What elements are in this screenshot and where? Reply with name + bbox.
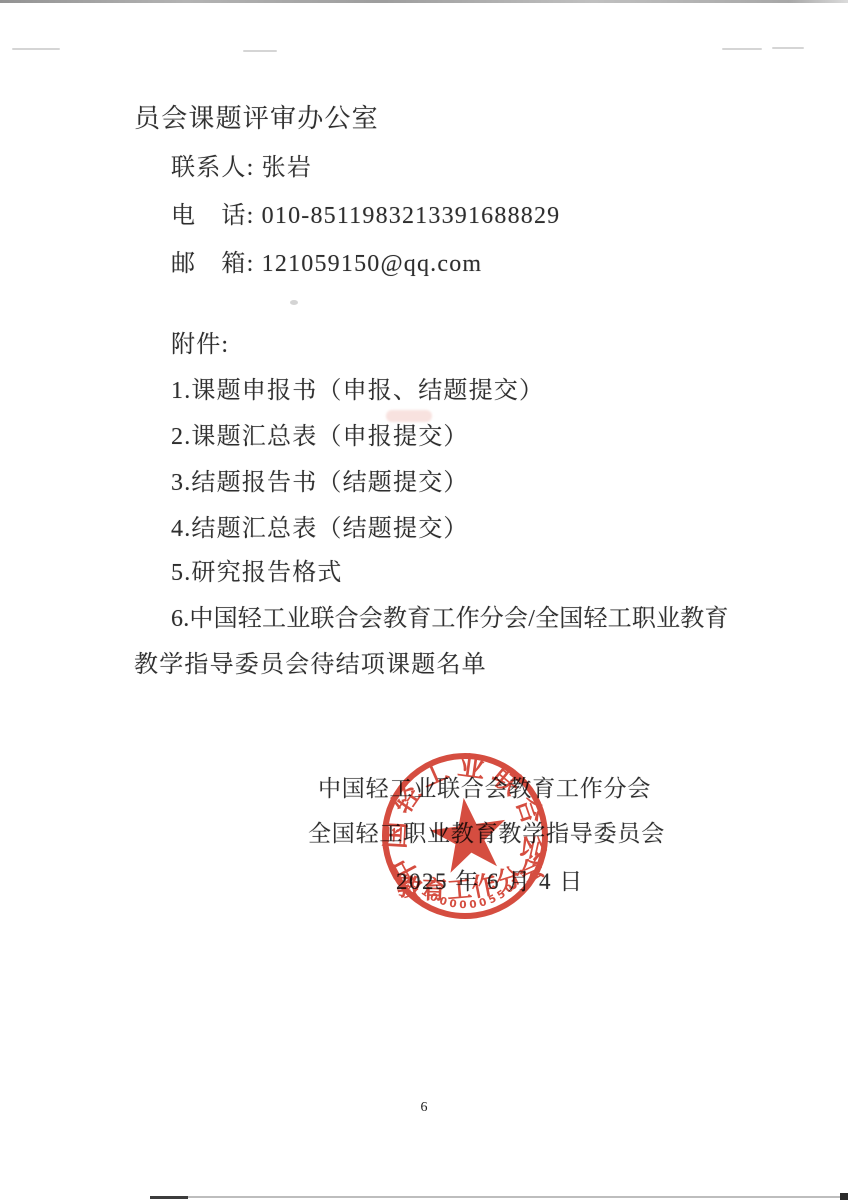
scanned-document-page: 员会课题评审办公室 联系人: 张岩 电 话: 010-8511983213391… xyxy=(0,0,848,1200)
contact-person-line: 联系人: 张岩 xyxy=(171,147,312,182)
attachment-item-2: 2.课题汇总表（申报提交） xyxy=(171,416,469,451)
seal-star-icon xyxy=(426,793,511,875)
attachments-heading: 附件: xyxy=(171,324,229,359)
scan-speck xyxy=(290,300,298,305)
attachment-item-6-line1: 6.中国轻工业联合会教育工作分会/全国轻工职业教育 xyxy=(171,598,729,633)
scan-smudge xyxy=(243,50,277,52)
official-seal-stamp: 中国轻工业联合会 教育工作分会 1100000055073 xyxy=(350,721,580,951)
scan-artifact-bottom-bar xyxy=(150,1196,188,1199)
scan-artifact-bottom-edge xyxy=(180,1196,848,1198)
attachment-item-4: 4.结题汇总表（结题提交） xyxy=(171,508,469,543)
attachment-item-5: 5.研究报告格式 xyxy=(171,552,343,587)
seal-graphic: 中国轻工业联合会 教育工作分会 1100000055073 xyxy=(350,721,580,951)
scan-smudge xyxy=(12,48,60,50)
continuation-line: 员会课题评审办公室 xyxy=(134,98,379,135)
attachment-item-3: 3.结题报告书（结题提交） xyxy=(171,462,469,497)
scan-smudge xyxy=(772,47,804,49)
scan-smudge xyxy=(722,48,762,50)
scan-artifact-top-edge xyxy=(0,0,848,3)
page-number: 6 xyxy=(0,1100,848,1116)
scan-artifact-bottom-corner xyxy=(840,1193,848,1200)
contact-phone-line: 电 话: 010-8511983213391688829 xyxy=(171,195,560,230)
contact-email-line: 邮 箱: 121059150@qq.com xyxy=(171,243,482,278)
attachment-item-1: 1.课题申报书（申报、结题提交） xyxy=(171,370,544,405)
attachment-item-6-line2: 教学指导委员会待结项课题名单 xyxy=(134,644,487,679)
